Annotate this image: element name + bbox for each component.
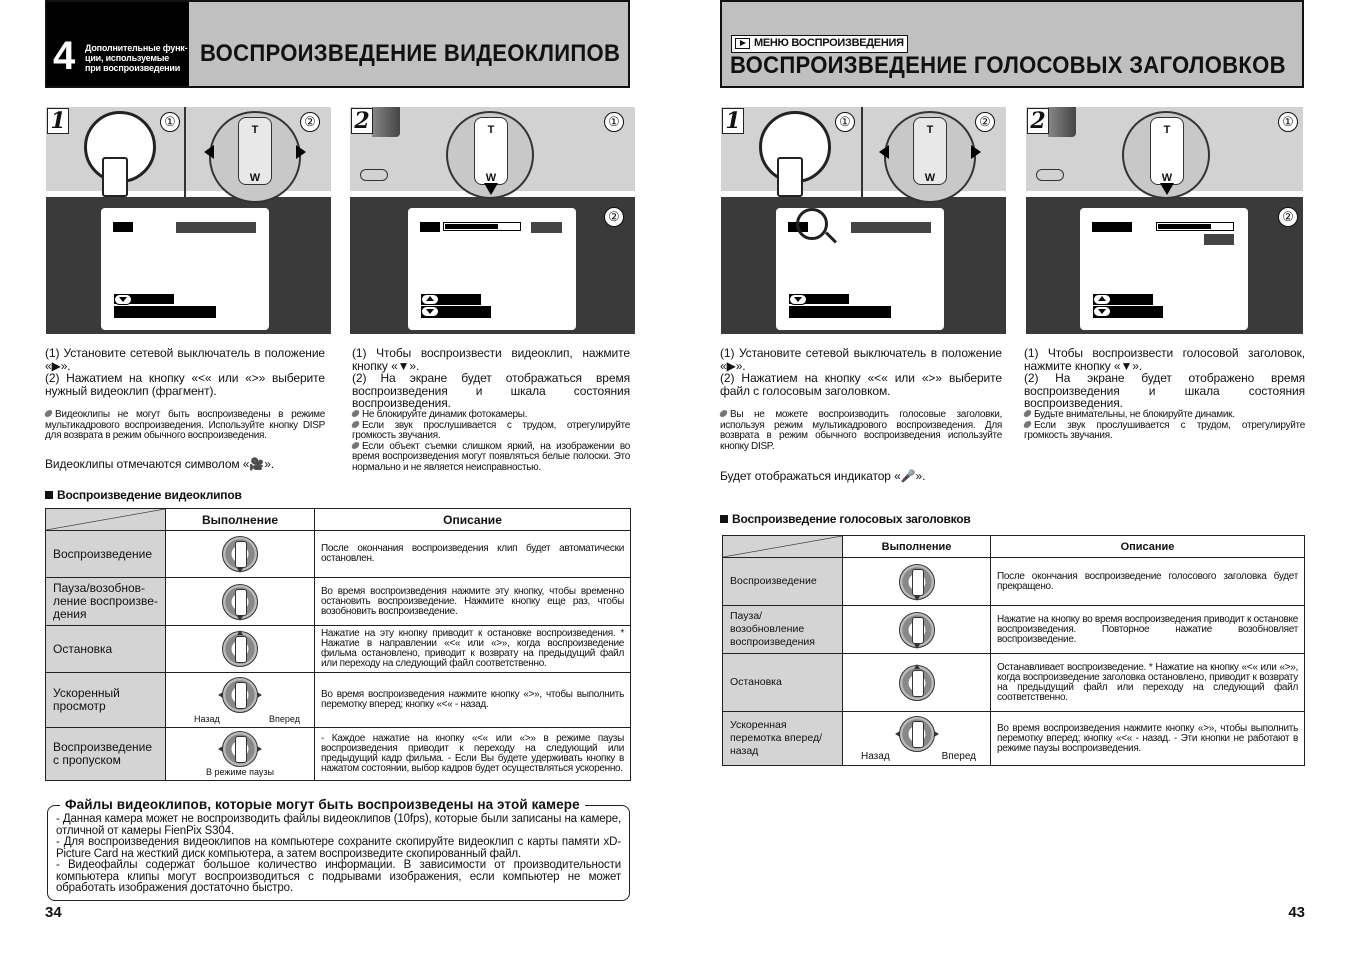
page-number: 43 (1288, 904, 1305, 921)
col-header-description: Описание (991, 536, 1305, 558)
hint-bar (114, 306, 216, 318)
note-icon (351, 421, 361, 428)
marker-2: ② (604, 207, 624, 227)
camera-top-illustration: TW (46, 107, 331, 197)
table-row: Ускоренная перемотка вперед/назад Назад … (723, 712, 1305, 766)
chapter-number: 4 (53, 36, 75, 76)
note: Вы не можете воспроизводить голосовые за… (720, 410, 1002, 452)
operations-table: Выполнение Описание Воспроизведение Посл… (722, 535, 1305, 766)
play-voice-icon (1092, 222, 1132, 232)
down-button-icon (789, 294, 807, 305)
arrow-down-icon (484, 183, 498, 195)
viewfinder-icon (372, 107, 400, 137)
marker-1: ① (1278, 112, 1298, 132)
notes: Не блокируйте динамик фотокамеры. Если з… (352, 410, 630, 473)
right-page: МЕНЮ ВОСПРОИЗВЕДЕНИЯ ВОСПРОИЗВЕДЕНИЕ ГОЛ… (720, 0, 1305, 954)
page-header: 4 Дополнительные функ- ции, используемые… (45, 0, 630, 88)
down-button-icon (1093, 306, 1111, 317)
info-box: Файлы видеоклипов, которые могут быть во… (47, 805, 630, 901)
page-number: 34 (45, 904, 62, 921)
table-row: Пауза/возобновление воспроизведения Нажа… (723, 606, 1305, 654)
note-icon (1023, 421, 1033, 428)
zoom-keys-icon: TW (1150, 117, 1184, 185)
marker-1: ① (835, 112, 855, 132)
arrow-right-icon (971, 145, 981, 159)
zoom-keys-icon: TW (474, 117, 508, 185)
step-number: 1 (722, 108, 744, 134)
arrow-down-icon (1160, 183, 1174, 195)
zoom-keys-icon: TW (238, 117, 272, 185)
step-number: 1 (47, 108, 69, 134)
dpad-left-right-icon (222, 677, 258, 713)
section-title: Воспроизведение голосовых заголовков (720, 512, 971, 526)
playback-time (531, 222, 562, 233)
note-icon (719, 410, 729, 417)
note: Видеоклипы не могут быть воспроизведены … (45, 410, 325, 442)
page-title: ВОСПРОИЗВЕДЕНИЕ ГОЛОСОВЫХ ЗАГОЛОВКОВ (730, 52, 1286, 80)
table-header-row: Выполнение Описание (723, 536, 1305, 558)
marker-1: ① (160, 112, 180, 132)
button-icon (1036, 169, 1064, 181)
table-header-row: Выполнение Описание (46, 509, 631, 531)
col-header-action: Выполнение (166, 509, 315, 531)
illustration-step-1: TW 1 ① ② (46, 107, 331, 334)
marker-2: ② (300, 112, 320, 132)
chapter-badge: 4 Дополнительные функ- ции, используемые… (47, 2, 189, 86)
divider (861, 107, 863, 197)
file-info-bar (851, 222, 931, 233)
lcd-screen (776, 208, 944, 330)
dpad-down-icon (222, 536, 258, 572)
note-icon (351, 410, 361, 417)
marker-1: ① (604, 112, 624, 132)
power-switch-icon (777, 157, 803, 197)
dpad-left-right-icon (222, 731, 258, 767)
power-switch-icon (102, 157, 128, 197)
button-icon (360, 169, 388, 181)
caption-back: Назад (194, 714, 220, 724)
note-icon (1023, 410, 1033, 417)
symbol-text: Видеоклипы отмечаются символом «🎥». (45, 458, 325, 471)
instructions-step-1: (1) Установите сетевой выключатель в пол… (45, 347, 325, 397)
step-number: 2 (351, 108, 373, 134)
viewfinder-icon (1048, 107, 1076, 137)
caption-forward: Вперед (269, 714, 300, 724)
col-header-action: Выполнение (843, 536, 991, 558)
dpad-down-icon (899, 564, 935, 600)
marker-2: ② (975, 112, 995, 132)
playback-progress-bar (1156, 222, 1234, 231)
caption-forward: Вперед (942, 751, 976, 762)
illustration-step-1: TW 1 ① ② (721, 107, 1006, 334)
magnifier-handle (825, 231, 837, 243)
up-button-icon (1093, 294, 1111, 305)
table-corner (723, 536, 843, 558)
playback-progress-bar (443, 222, 521, 231)
caption-back: Назад (861, 751, 890, 762)
table-row: Воспроизведение После окончания воспроиз… (723, 558, 1305, 606)
down-button-icon (421, 306, 439, 317)
lcd-screen (101, 208, 269, 330)
instructions-step-2: (1) Чтобы воспроизвести голосовой заголо… (1024, 347, 1305, 410)
dpad-left-right-icon (899, 716, 935, 752)
notes: Будьте внимательны, не блокируйте динами… (1024, 410, 1305, 442)
symbol-text: Будет отображаться индикатор «🎤». (720, 470, 1002, 483)
table-row: Остановка Нажатие на эту кнопку приводит… (46, 626, 631, 673)
movie-icon (420, 222, 440, 232)
dpad-up-icon (222, 631, 258, 667)
instructions-step-2: (1) Чтобы воспроизвести видеоклип, нажми… (352, 347, 630, 410)
illustration-step-2: TW 2 ① ② (1026, 107, 1303, 334)
playback-time (1204, 234, 1234, 245)
camera-back-illustration: TW (350, 107, 635, 197)
page-header: МЕНЮ ВОСПРОИЗВЕДЕНИЯ ВОСПРОИЗВЕДЕНИЕ ГОЛ… (720, 0, 1304, 88)
play-icon (735, 38, 750, 49)
lcd-screen (1080, 208, 1248, 330)
camera-back-illustration: TW (1026, 107, 1303, 197)
operations-table: Выполнение Описание Воспроизведение Посл… (45, 508, 631, 781)
up-button-icon (421, 294, 439, 305)
table-row: Ускоренный просмотр Назад Вперед Во врем… (46, 673, 631, 728)
table-row: Воспроизведение После окончания воспроиз… (46, 531, 631, 578)
lcd-screen (408, 208, 576, 330)
note-icon (351, 442, 361, 449)
arrow-left-icon (879, 145, 889, 159)
magnifier-icon (796, 208, 828, 240)
note-icon (44, 410, 54, 417)
zoom-keys-icon: TW (913, 117, 947, 185)
left-page: 4 Дополнительные функ- ции, используемые… (45, 0, 635, 954)
table-row: Воспроизведение с пропуском В режиме пау… (46, 728, 631, 781)
page-title: ВОСПРОИЗВЕДЕНИЕ ВИДЕОКЛИПОВ (200, 40, 620, 68)
instructions-step-1: (1) Установите сетевой выключатель в пол… (720, 347, 1002, 397)
chapter-subtitle: Дополнительные функ- ции, используемые п… (85, 43, 187, 73)
table-corner (46, 509, 166, 531)
hint-bar (789, 306, 891, 318)
camera-top-illustration: TW (721, 107, 1006, 197)
section-title: Воспроизведение видеоклипов (45, 488, 242, 502)
step-number: 2 (1027, 108, 1049, 134)
down-button-icon (114, 294, 132, 305)
marker-2: ② (1278, 207, 1298, 227)
arrow-left-icon (204, 145, 214, 159)
caption-pause-mode: В режиме паузы (166, 767, 314, 777)
dpad-down-icon (222, 584, 258, 620)
illustration-step-2: TW 2 ① ② (350, 107, 635, 334)
file-info-bar (176, 222, 256, 233)
dpad-up-icon (899, 665, 935, 701)
col-header-description: Описание (315, 509, 631, 531)
table-row: Пауза/возобнов-ление воспроизве-дения Во… (46, 578, 631, 626)
dpad-down-icon (899, 612, 935, 648)
table-row: Остановка Останавливает воспроизведение.… (723, 654, 1305, 712)
divider (184, 107, 186, 197)
arrow-right-icon (296, 145, 306, 159)
menu-tag: МЕНЮ ВОСПРОИЗВЕДЕНИЯ (731, 35, 908, 53)
movie-icon (113, 222, 133, 232)
